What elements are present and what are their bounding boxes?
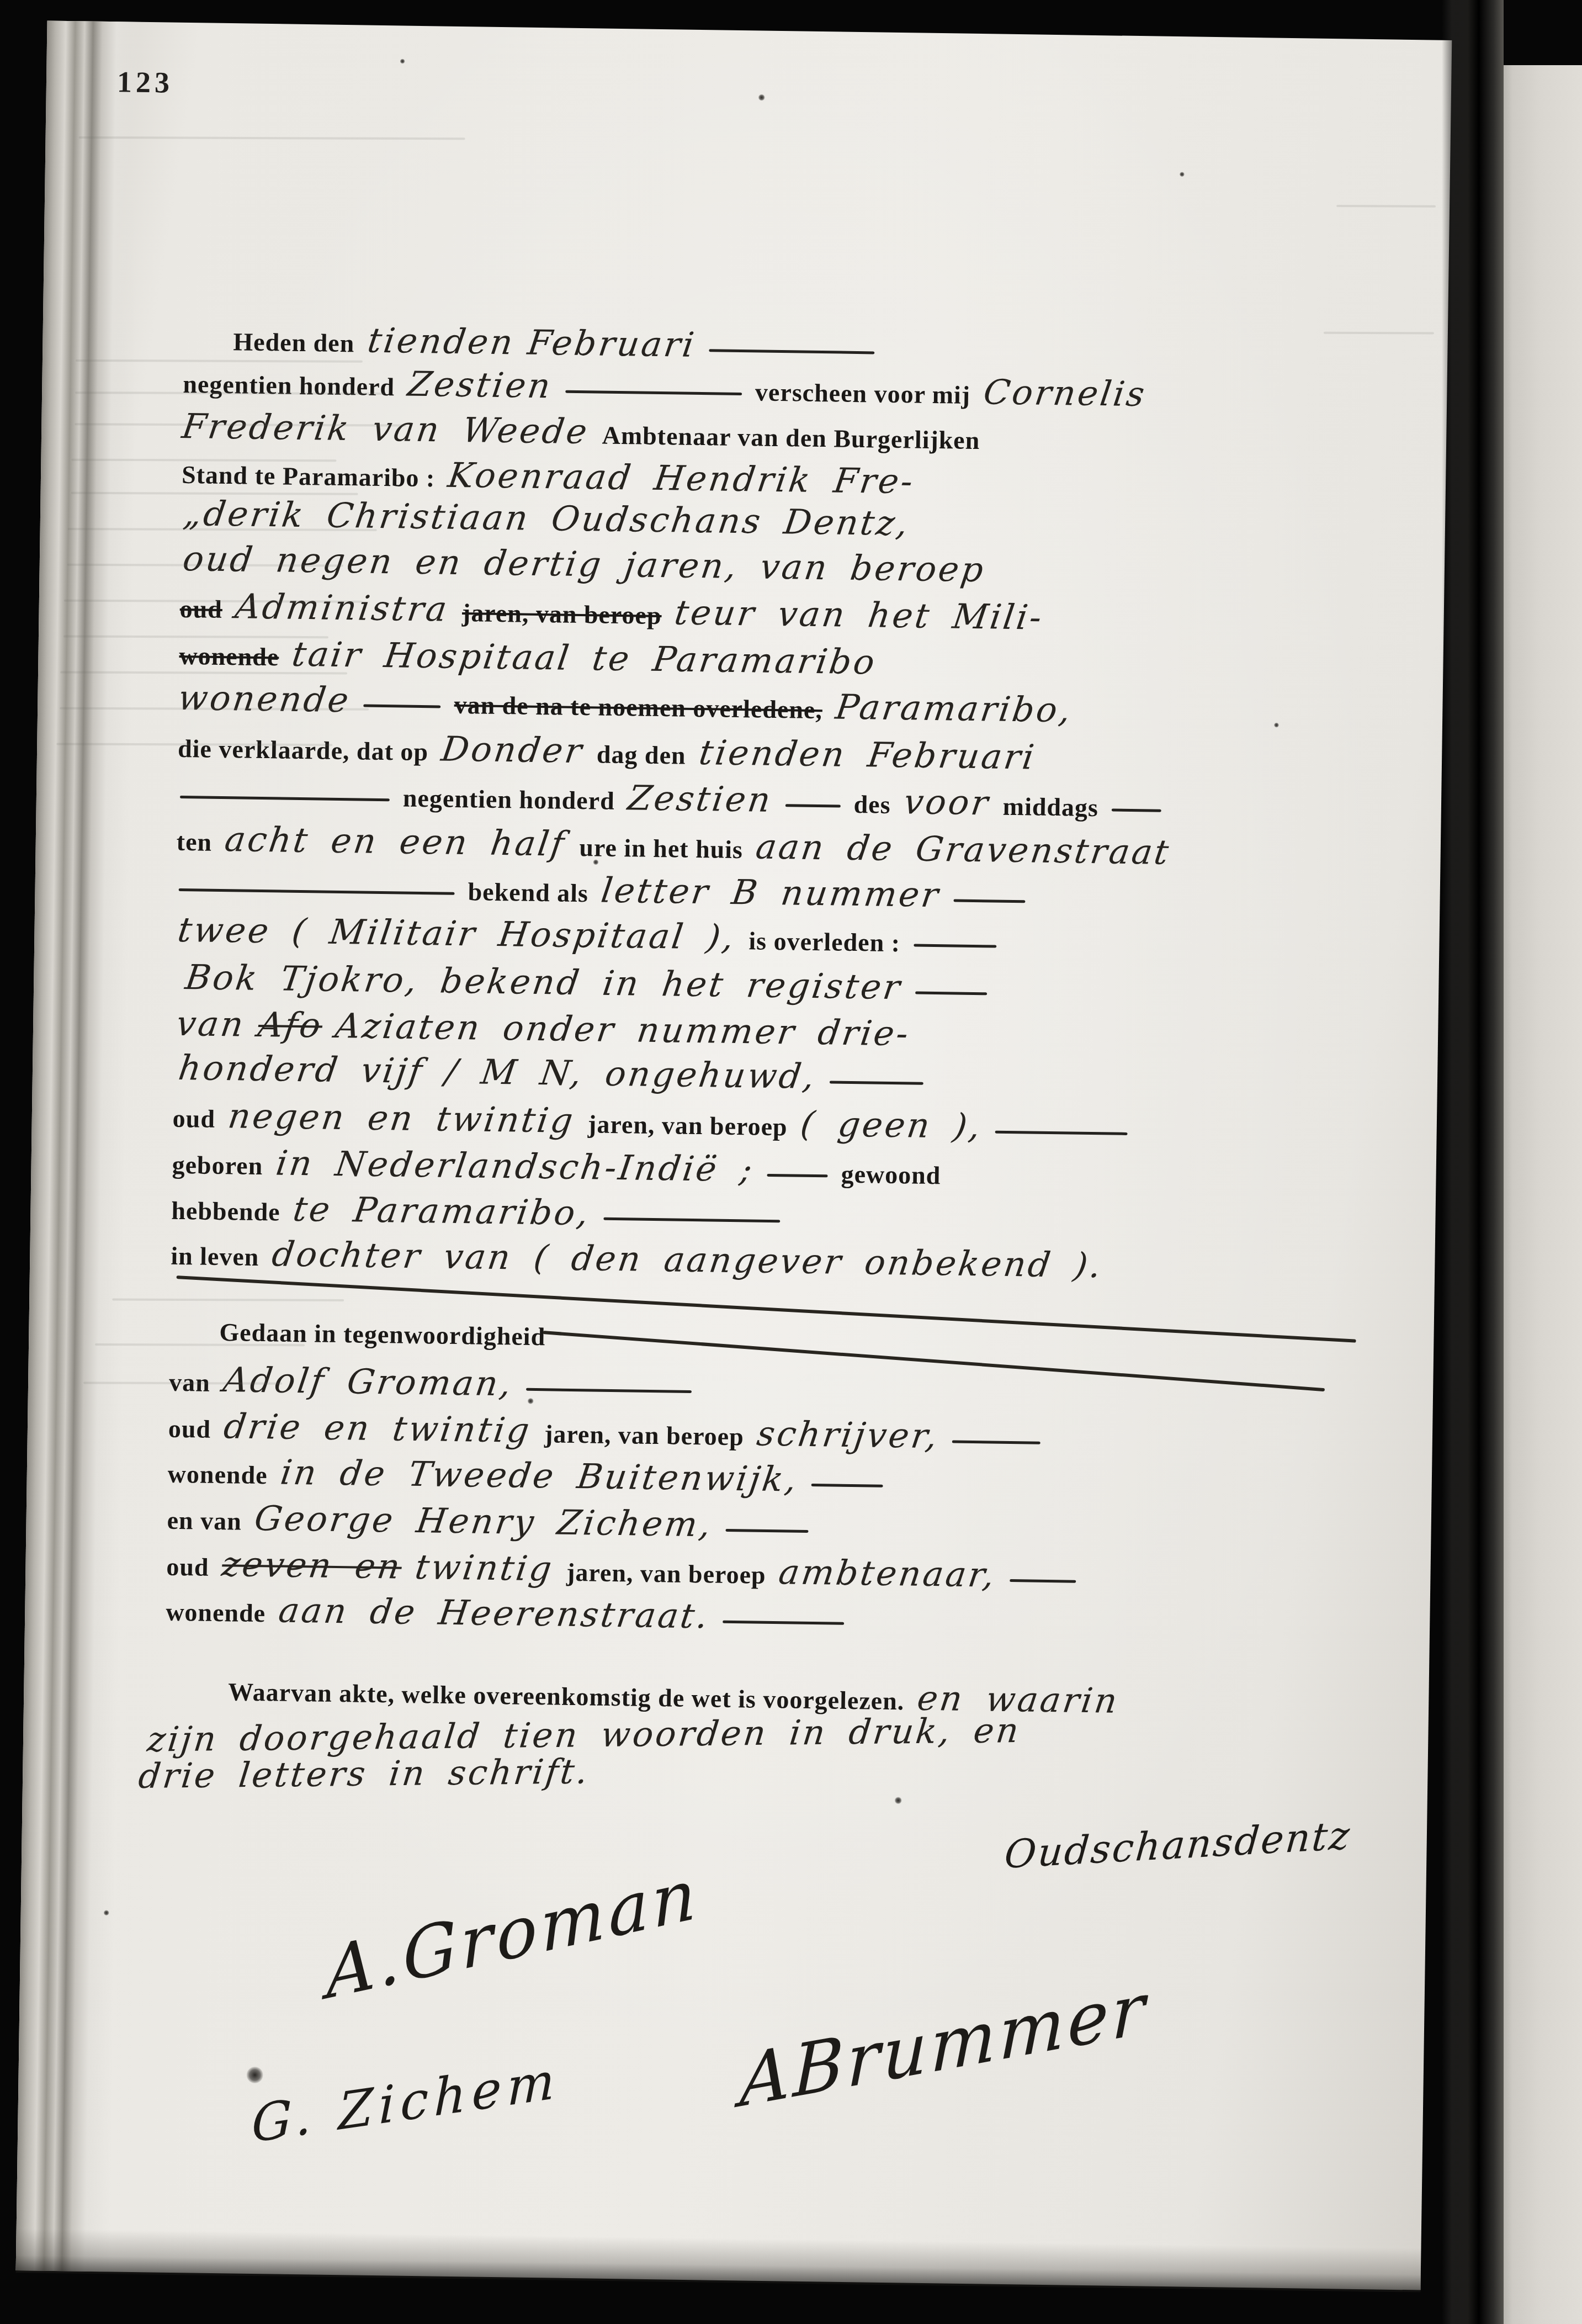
printed-form-text: die verklaarde, dat op — [178, 736, 428, 765]
act-line-14: twee ( Militair Hospitaal ),is overleden… — [178, 913, 996, 959]
handwritten-entry: Februari — [525, 326, 698, 362]
act-line-20: hebbendete Paramaribo, — [171, 1190, 781, 1233]
act-line-9: wonendevan de na te noemen overledene,Pa… — [178, 681, 1073, 728]
ink-speck — [237, 691, 241, 696]
handwritten-entry: dochter van ( den aangever onbekend ). — [270, 1237, 1105, 1283]
printed-form-text: des — [853, 792, 891, 818]
bleedthrough-line — [112, 1299, 344, 1301]
handwritten-entry: Donder — [439, 732, 586, 768]
register-page: 123 Heden dentiendenFebruarinegentien ho… — [16, 20, 1452, 2290]
printed-form-text: Heden den — [233, 329, 354, 356]
ink-fill-rule — [811, 1484, 883, 1487]
paper-artifacts — [47, 20, 1452, 40]
scan-background: { "scan": { "page_number": "123", "act_l… — [0, 0, 1582, 2324]
handwritten-entry: tienden Februari — [697, 735, 1038, 774]
printed-form-text: wonende — [166, 1600, 266, 1627]
ink-fill-rule — [995, 1130, 1128, 1135]
printed-form-text: Stand te Paramaribo : — [182, 462, 436, 491]
act-line-2: negentien honderdZestienverscheen voor m… — [183, 364, 1146, 411]
handwritten-entry: Paramaribo, — [834, 690, 1075, 728]
printed-form-text: jaren, van beroep — [544, 1421, 744, 1449]
ink-speck — [400, 59, 405, 63]
ink-fill-rule — [726, 1528, 809, 1532]
act-line-30: zijn doorgehaald tien woorden in druk, e… — [147, 1713, 1021, 1757]
handwritten-entry: in de Tweede Buitenwijk, — [278, 1455, 800, 1497]
page-number: 123 — [117, 65, 174, 99]
printed-form-text: oud — [168, 1416, 211, 1442]
ink-fill-rule — [830, 1081, 923, 1084]
handwritten-entry: twee ( Militair Hospitaal ), — [176, 913, 737, 955]
ink-fill-rule — [179, 888, 455, 894]
handwritten-entry: drie letters in schrift. — [137, 1754, 592, 1793]
ink-fill-rule — [180, 795, 390, 801]
ink-speck — [104, 1910, 109, 1915]
handwritten-entry: schrijver, — [755, 1417, 942, 1453]
act-line-17: honderd vijf / M N, ongehuwd, — [179, 1051, 924, 1095]
act-line-5: „derik Christiaan Oudschans Dentz, — [184, 496, 910, 541]
handwritten-entry: tair Hospitaal te Paramaribo — [290, 637, 879, 680]
ink-fill-rule — [526, 1388, 692, 1393]
handwritten-entry: teur van het Mili- — [672, 595, 1045, 634]
page-stack-edge — [16, 20, 141, 2272]
handwritten-entry: te Paramaribo, — [291, 1192, 592, 1230]
ink-speck — [895, 1797, 902, 1804]
bleedthrough-line — [95, 1343, 305, 1346]
handwritten-entry: Zestien — [626, 781, 774, 817]
act-line-11: negentien honderdZestiendesvoormiddags — [180, 775, 1162, 823]
handwritten-entry: George Henry Zichem, — [253, 1501, 715, 1542]
handwritten-entry: negen en twintig — [226, 1099, 577, 1138]
ink-fill-rule — [785, 804, 841, 807]
ink-speck — [528, 1398, 534, 1404]
printed-form-text: oud — [173, 1106, 216, 1132]
handwritten-entry: twintig — [413, 1550, 556, 1586]
ink-speck — [1274, 723, 1279, 728]
ink-fill-rule — [1112, 808, 1161, 812]
handwritten-entry: wonende — [176, 681, 353, 717]
printed-form-text: jaren, van beroep — [566, 1560, 766, 1588]
ink-fill-rule — [1010, 1579, 1076, 1583]
handwritten-entry: Koenraad Hendrik Fre- — [446, 458, 917, 499]
printed-form-text: jaren, van beroep — [588, 1111, 788, 1140]
printed-form-text: hebbende — [171, 1198, 280, 1225]
printed-form-text: wonende — [168, 1462, 268, 1489]
ink-fill-rule — [364, 704, 441, 708]
death-act-body: Heden dentiendenFebruarinegentien honder… — [47, 20, 1452, 40]
act-line-3: Frederik van WeedeAmbtenaar van den Burg… — [182, 409, 980, 454]
act-line-26: en vanGeorge Henry Zichem, — [167, 1500, 809, 1543]
handwritten-entry: ( geen ), — [798, 1107, 984, 1144]
printed-form-text: van de na te noemen overledene, — [454, 692, 822, 723]
handwritten-entry: van — [174, 1007, 247, 1042]
printed-form-text: gewoond — [841, 1162, 941, 1189]
act-line-12: tenacht en een halfure in het huisaan de… — [176, 822, 1171, 870]
printed-form-text: is overleden : — [748, 928, 900, 956]
printed-form-text: oud — [166, 1554, 209, 1580]
facing-page-edge — [1499, 65, 1582, 2324]
act-line-1: Heden dentiendenFebruari — [233, 321, 874, 364]
act-line-15: Bok Tjokro, bekend in het register — [185, 960, 987, 1005]
act-line-7: oudAdministrajaren, van beroepteur van h… — [179, 589, 1043, 635]
handwritten-entry: drie en twintig — [222, 1409, 533, 1448]
ink-fill-rule — [709, 349, 874, 354]
handwritten-entry: in Nederlandsch-Indië ; — [274, 1146, 756, 1187]
ink-fill-rule — [767, 1173, 828, 1177]
printed-form-text: Waarvan akte, welke overeenkomstig de we… — [228, 1679, 905, 1714]
act-line-28: wonendeaan de Heerenstraat. — [166, 1592, 845, 1635]
act-line-31: drie letters in schrift. — [139, 1754, 590, 1793]
handwritten-entry: Aziaten onder nummer drie- — [333, 1009, 912, 1051]
handwritten-entry: Administra — [233, 589, 452, 626]
ink-speck — [593, 859, 598, 865]
ink-fill-rule — [723, 1620, 844, 1624]
handwritten-entry: ambtenaar, — [777, 1555, 999, 1592]
printed-form-text: negentien honderd — [403, 786, 615, 814]
printed-form-text: jaren, van beroep — [462, 600, 662, 628]
signature-witness-zichem: G. Zichem — [251, 2055, 560, 2151]
handwritten-entry: Bok Tjokro, bekend in het register — [183, 960, 904, 1004]
signature-official-illegible: ABrummer — [740, 1973, 1148, 2118]
printed-form-text: bekend als — [468, 879, 588, 906]
handwritten-entry: acht en een half — [223, 822, 569, 861]
bleedthrough-line — [1336, 205, 1436, 208]
printed-form-text: dag den — [597, 742, 686, 768]
handwritten-entry: aan de Heerenstraat. — [277, 1594, 712, 1634]
printed-form-text: en van — [167, 1508, 242, 1534]
signature-witness-groman: A.Groman — [324, 1859, 701, 2010]
handwritten-entry: „derik Christiaan Oudschans Dentz, — [182, 496, 912, 541]
act-line-18: oudnegen en twintigjaren, van beroep( ge… — [172, 1098, 1128, 1146]
ink-fill-rule — [915, 991, 987, 995]
book-gutter — [1442, 0, 1504, 2324]
printed-form-text: verscheen voor mij — [755, 379, 971, 407]
act-line-16: vanAfoAziaten onder nummer drie- — [177, 1007, 910, 1051]
printed-form-text: ten — [176, 829, 212, 855]
act-line-13: bekend alsletter B nummer — [178, 867, 1026, 913]
ink-fill-rule — [953, 899, 1025, 903]
bleedthrough-line — [1324, 332, 1434, 335]
handwritten-entry: tienden — [365, 324, 517, 360]
ink-speck — [758, 94, 765, 100]
handwritten-entry: voor — [901, 785, 992, 820]
handwritten-entry: aan de Gravenstraat — [754, 830, 1173, 870]
printed-form-text: negentien honderd — [183, 372, 395, 400]
ink-speck — [246, 2067, 263, 2083]
printed-form-text: Ambtenaar van den Burgerlijken — [602, 423, 980, 454]
handwritten-entry: zijn doorgehaald tien woorden in druk, e… — [146, 1713, 1022, 1757]
ink-fill-rule — [565, 390, 742, 395]
act-line-10: die verklaarde, dat opDonderdag dentiend… — [178, 728, 1036, 775]
act-line-24: ouddrie en twintigjaren, van beroepschri… — [168, 1409, 1041, 1455]
act-line-19: geborenin Nederlandsch-Indië ;gewoond — [172, 1145, 941, 1189]
ink-fill-rule — [603, 1217, 780, 1222]
signature-declarant-oudschans-dentz: Oudschansdentz — [1003, 1816, 1352, 1875]
printed-form-text: ure in het huis — [579, 835, 743, 862]
printed-form-text: in leven — [171, 1243, 259, 1270]
ink-fill-rule — [914, 944, 996, 947]
handwritten-entry: Zestien — [406, 367, 554, 404]
handwritten-entry: Afo — [256, 1008, 325, 1043]
ink-fill-rule — [952, 1440, 1040, 1444]
handwritten-entry: Cornelis — [981, 375, 1149, 411]
handwritten-entry: honderd vijf / M N, ongehuwd, — [177, 1051, 819, 1094]
act-line-21: in levendochter van ( den aangever onbek… — [171, 1236, 1103, 1283]
ink-speck — [1180, 172, 1185, 177]
handwritten-entry: zeven en — [220, 1547, 404, 1584]
act-line-25: wonendein de Tweede Buitenwijk, — [167, 1454, 883, 1498]
act-line-27: oudzeven entwintigjaren, van beroepambte… — [166, 1547, 1076, 1594]
handwritten-entry: letter B nummer — [599, 874, 943, 912]
printed-form-text: wonende — [179, 643, 279, 670]
printed-form-text: geboren — [172, 1152, 263, 1179]
handwritten-entry: Frederik van Weede — [180, 409, 591, 449]
printed-form-text: middags — [1003, 794, 1099, 820]
